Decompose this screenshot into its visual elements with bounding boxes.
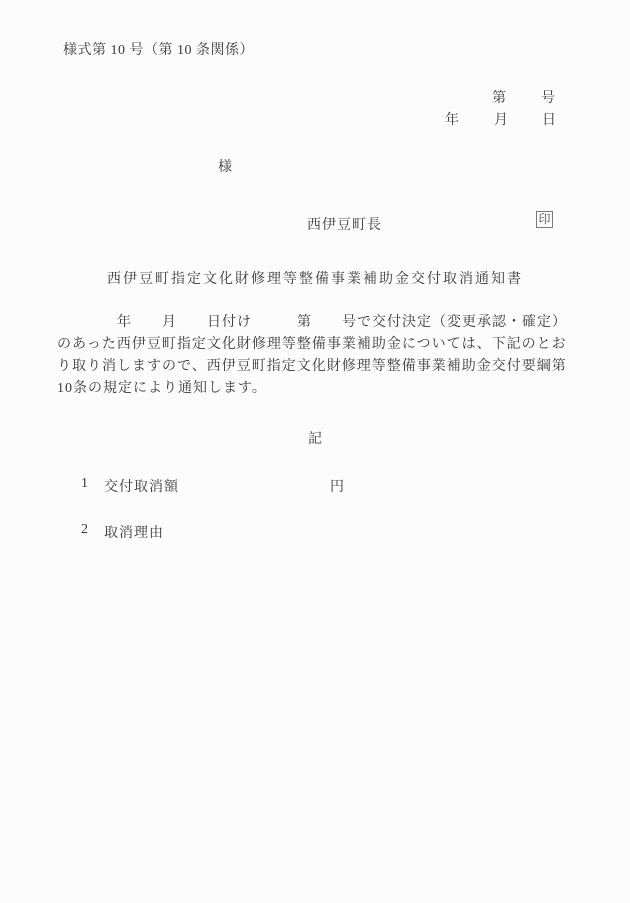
list-item: 1 交付取消額 円 [0,476,630,496]
body-line: 10条の規定により通知します。 [57,378,617,400]
body-line: り取り消しますので、西伊豆町指定文化財修理等整備事業補助金交付要綱第 [57,356,617,378]
sender-title: 西伊豆町長 [307,214,382,234]
body-line: のあった西伊豆町指定文化財修理等整備事業補助金については、下記のとお [57,334,617,356]
date-year-label: 年 [445,109,459,129]
item-label: 交付取消額 [104,476,179,496]
document-title: 西伊豆町指定文化財修理等整備事業補助金交付取消通知書 [0,268,630,288]
seal-stamp-icon: 印 [536,211,553,228]
addressee-honorific: 様 [218,156,232,176]
item-label: 取消理由 [104,522,164,542]
document-page: 様式第 10 号（第 10 条関係） 第 号 年 月 日 様 西伊豆町長 印 西… [0,0,630,903]
date-month-label: 月 [494,109,508,129]
doc-number-prefix-label: 第 [492,87,506,107]
date-day-label: 日 [542,109,556,129]
body-line: 年 月 日付け 第 号で交付決定（変更承認・確定） [57,312,617,334]
item-number: 2 [81,522,88,538]
form-number: 様式第 10 号（第 10 条関係） [63,39,254,59]
body-paragraph: 年 月 日付け 第 号で交付決定（変更承認・確定） のあった西伊豆町指定文化財修… [57,312,617,400]
item-number: 1 [81,476,88,492]
list-item: 2 取消理由 [0,522,630,542]
doc-number-suffix-label: 号 [541,87,555,107]
notation-marker: 記 [0,428,630,448]
item-unit-label: 円 [330,476,344,496]
